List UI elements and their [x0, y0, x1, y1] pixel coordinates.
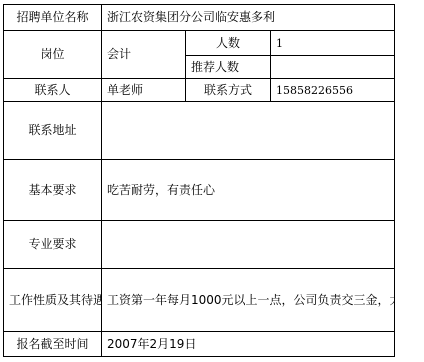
professional-requirements-value — [102, 221, 395, 269]
job-posting-table: 招聘单位名称 浙江农资集团分公司临安惠多利 岗位 会计 人数 1 推荐人数 联系… — [3, 4, 395, 357]
recommended-label: 推荐人数 — [186, 56, 271, 79]
deadline-value: 2007年2月19日 — [102, 332, 395, 357]
company-label: 招聘单位名称 — [4, 5, 102, 31]
position-label: 岗位 — [4, 31, 102, 79]
nature-benefits-label: 工作性质及其待遇 — [4, 269, 102, 332]
nature-benefits-value: 工资第一年每月1000元以上一点，公司负责交三金，大概年薪2—3万元，公司免费提… — [102, 269, 395, 332]
row-contact: 联系人 单老师 联系方式 15858226556 — [4, 79, 395, 102]
headcount-value: 1 — [271, 31, 395, 56]
row-professional-requirements: 专业要求 — [4, 221, 395, 269]
row-position: 岗位 会计 人数 1 — [4, 31, 395, 56]
row-address: 联系地址 — [4, 102, 395, 160]
address-label: 联系地址 — [4, 102, 102, 160]
contact-value: 单老师 — [102, 79, 186, 102]
basic-requirements-value: 吃苦耐劳，有责任心 — [102, 160, 395, 221]
row-nature-benefits: 工作性质及其待遇 工资第一年每月1000元以上一点，公司负责交三金，大概年薪2—… — [4, 269, 395, 332]
company-value: 浙江农资集团分公司临安惠多利 — [102, 5, 395, 31]
address-value — [102, 102, 395, 160]
headcount-label: 人数 — [186, 31, 271, 56]
row-deadline: 报名截至时间 2007年2月19日 — [4, 332, 395, 357]
professional-requirements-label: 专业要求 — [4, 221, 102, 269]
basic-requirements-label: 基本要求 — [4, 160, 102, 221]
recommended-value — [271, 56, 395, 79]
row-basic-requirements: 基本要求 吃苦耐劳，有责任心 — [4, 160, 395, 221]
position-value: 会计 — [102, 31, 186, 79]
contact-method-label: 联系方式 — [186, 79, 271, 102]
contact-label: 联系人 — [4, 79, 102, 102]
deadline-label: 报名截至时间 — [4, 332, 102, 357]
contact-method-value: 15858226556 — [271, 79, 395, 102]
row-company: 招聘单位名称 浙江农资集团分公司临安惠多利 — [4, 5, 395, 31]
